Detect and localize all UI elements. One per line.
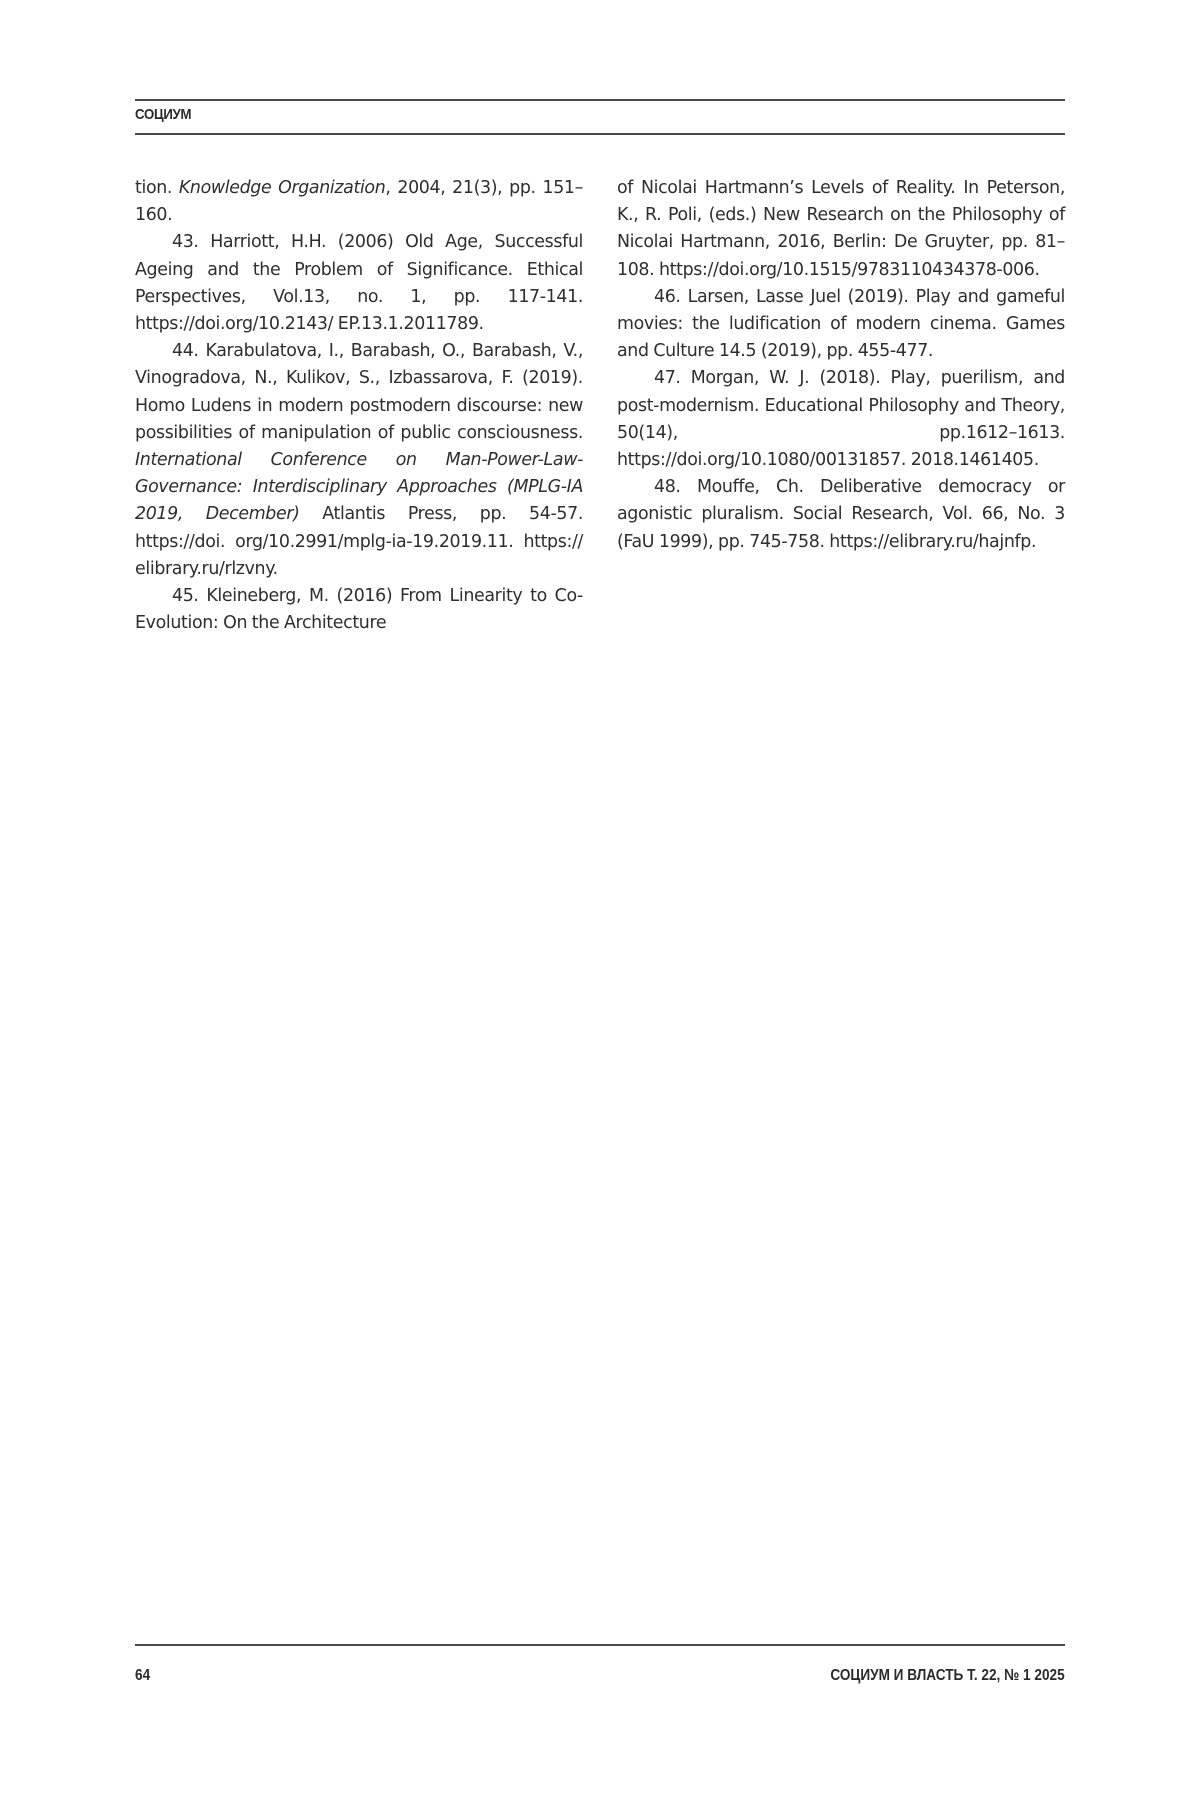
page-number: 64 — [135, 1667, 150, 1685]
header-top-rule — [135, 99, 1065, 101]
reference-43: 43. Harriott, H.H. (2006) Old Age, Suc­c… — [135, 229, 583, 338]
reference-text: 44. Karabulatova, I., Barabash, O., Bara… — [135, 341, 583, 443]
journal-issue-info: СОЦИУМ И ВЛАСТЬ Т. 22, № 1 2025 — [831, 1667, 1065, 1685]
reference-45-start: 45. Kleineberg, M. (2016) From Linear­it… — [135, 583, 583, 637]
references-right-column: of Nicolai Hartmann’s Levels of Reality.… — [617, 175, 1065, 556]
reference-44: 44. Karabulatova, I., Barabash, O., Bara… — [135, 338, 583, 583]
reference-47: 47. Morgan, W. J. (2018). Play, pueri­li… — [617, 365, 1065, 474]
journal-title: Knowledge Organization — [179, 178, 386, 198]
reference-48: 48. Mouffe, Ch. Deliberative democra­cy … — [617, 474, 1065, 556]
reference-42-continuation: tion. Knowledge Organization, 2004, 21(3… — [135, 175, 583, 229]
running-title: СОЦИУМ — [135, 106, 191, 123]
reference-46: 46. Larsen, Lasse Juel (2019). Play and … — [617, 284, 1065, 366]
references-left-column: tion. Knowledge Organization, 2004, 21(3… — [135, 175, 583, 637]
footer-rule — [135, 1644, 1065, 1646]
reference-45-continuation: of Nicolai Hartmann’s Levels of Reality.… — [617, 175, 1065, 284]
reference-text: tion. — [135, 178, 179, 198]
header-bottom-rule — [135, 133, 1065, 135]
